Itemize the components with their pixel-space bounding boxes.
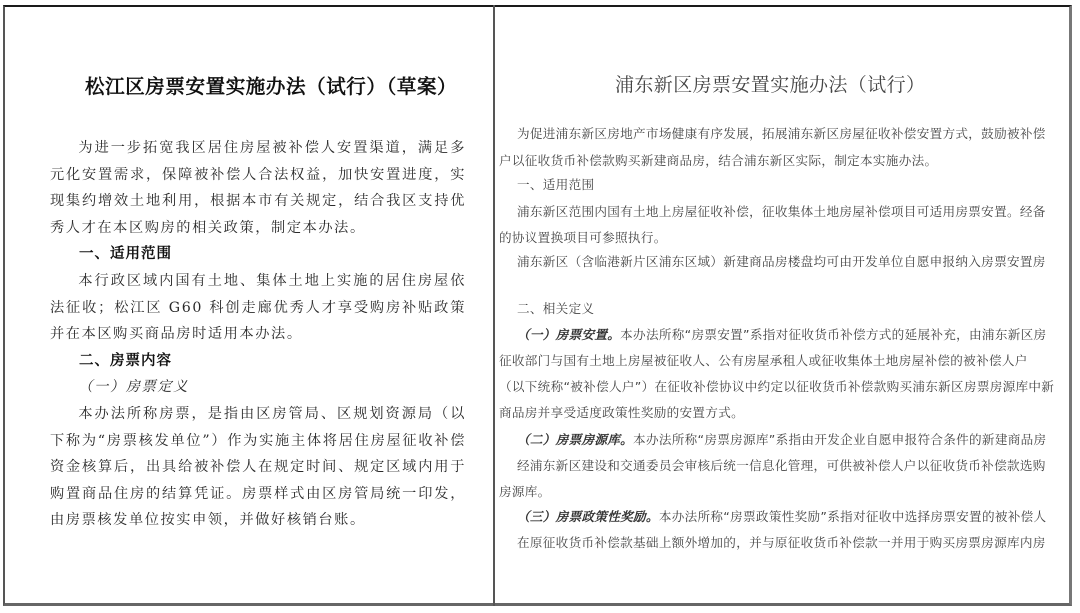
pudong-definition-label: （二）房票房源库。 xyxy=(517,432,633,447)
pudong-text-line: （以下统称“被补偿人户”）在征收补偿协议中约定以征收货币补偿款购买浦东新区房票房… xyxy=(499,376,1054,395)
pudong-text-line: 浦东新区范围内国有土地上房屋征收补偿，征收集体土地房屋补偿项目可适用房票安置。经… xyxy=(517,201,1046,220)
songjiang-document-panel: 松江区房票安置实施办法（试行）（草案） 为进一步拓宽我区居住房屋被补偿人安置渠道… xyxy=(5,7,493,603)
songjiang-section1-heading: 一、适用范围 xyxy=(50,241,466,268)
songjiang-document-title: 松江区房票安置实施办法（试行）（草案） xyxy=(85,71,485,99)
pudong-definition-text: 本办法所称“房票房源库”系指由开发企业自愿申报符合条件的新建商品房 xyxy=(633,432,1046,447)
songjiang-section2-sub1-heading: （一）房票定义 xyxy=(50,374,466,401)
pudong-text-line: （一）房票安置。本办法所称“房票安置”系指对征收货币补偿方式的延展补充，由浦东新… xyxy=(517,324,1046,343)
songjiang-section1-text: 本行政区域内国有土地、集体土地上实施的居住房屋依法征收；松江区 G60 科创走廊… xyxy=(50,268,466,348)
pudong-text-line: 一、适用范围 xyxy=(517,174,594,193)
pudong-text-line: 为促进浦东新区房地产市场健康有序发展，拓展浦东新区房屋征收补偿安置方式，鼓励被补… xyxy=(517,123,1046,142)
pudong-text-line: 在原征收货币补偿款基础上额外增加的，并与原征收货币补偿款一并用于购买房票房源库内… xyxy=(517,532,1046,551)
songjiang-section2-heading: 二、房票内容 xyxy=(50,348,466,375)
pudong-document-title: 浦东新区房票安置实施办法（试行） xyxy=(615,70,925,97)
songjiang-intro-paragraph: 为进一步拓宽我区居住房屋被补偿人安置渠道，满足多元化安置需求，保障被补偿人合法权… xyxy=(50,135,466,241)
songjiang-document-body: 为进一步拓宽我区居住房屋被补偿人安置渠道，满足多元化安置需求，保障被补偿人合法权… xyxy=(50,135,466,534)
pudong-text-line: 房源库。 xyxy=(499,481,551,500)
pudong-definition-label: （一）房票安置。 xyxy=(517,327,620,342)
pudong-text-line: （二）房票房源库。本办法所称“房票房源库”系指由开发企业自愿申报符合条件的新建商… xyxy=(517,429,1046,448)
pudong-text-line: 商品房并享受适度政策性奖励的安置方式。 xyxy=(499,402,744,421)
pudong-text-line: 户以征收货币补偿款购买新建商品房，结合浦东新区实际，制定本实施办法。 xyxy=(499,150,937,169)
pudong-text-line: 二、相关定义 xyxy=(517,298,594,317)
pudong-text-line: 经浦东新区建设和交通委员会审核后统一信息化管理，可供被补偿人户以征收货币补偿款选… xyxy=(517,455,1046,474)
songjiang-section2-sub1-text: 本办法所称房票，是指由区房管局、区规划资源局（以下称为“房票核发单位”）作为实施… xyxy=(50,401,466,534)
pudong-definition-text: 本办法所称“房票安置”系指对征收货币补偿方式的延展补充，由浦东新区房 xyxy=(620,327,1046,342)
pudong-text-line: 浦东新区（含临港新片区浦东区域）新建商品房楼盘均可由开发单位自愿申报纳入房票安置… xyxy=(517,251,1046,270)
pudong-text-line: 征收部门与国有土地上房屋被征收人、公有房屋承租人或征收集体土地房屋补偿的被补偿人… xyxy=(499,350,1028,369)
pudong-definition-text: 本办法所称“房票政策性奖励”系指对征收中选择房票安置的被补偿人 xyxy=(659,509,1047,524)
pudong-document-panel: 浦东新区房票安置实施办法（试行） 为促进浦东新区房地产市场健康有序发展，拓展浦东… xyxy=(495,7,1070,603)
pudong-text-line: （三）房票政策性奖励。本办法所称“房票政策性奖励”系指对征收中选择房票安置的被补… xyxy=(517,506,1046,525)
pudong-definition-label: （三）房票政策性奖励。 xyxy=(517,509,659,524)
pudong-text-line: 的协议置换项目可参照执行。 xyxy=(499,227,667,246)
